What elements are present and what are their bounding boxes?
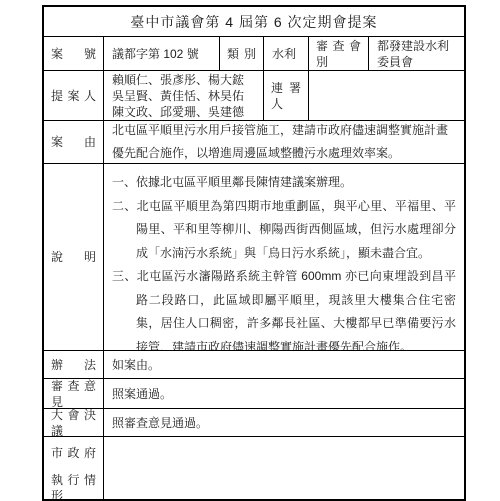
review-opinion-label: 審查意見	[51, 379, 96, 408]
explanation-item: 三、北屯區污水瀋陽路系統主幹管 600mm 亦已向東埋設到昌平路二段路口，此區域…	[112, 265, 456, 350]
review-committee-label: 審查會別	[316, 38, 361, 70]
case-header-row: 案號 議都字第 102 號 類別 水利 審查會別 都發建設水利委員會	[44, 37, 464, 71]
explanation-item: 一、依據北屯區平順里鄰長陳情建議案辦理。	[112, 171, 456, 195]
page-title: 臺中市議會第 4 屆第 6 次定期會提案	[44, 7, 464, 36]
execution-status-label-line2: 執行情形	[51, 472, 96, 499]
explanation-value: 一、依據北屯區平順里鄰長陳情建議案辦理。 二、北屯區平順里為第四期市地重劃區，與…	[104, 164, 464, 350]
subject-row: 案由 北屯區平順里污水用戶接管施工，建請市政府儘速調整實施計畫優先配合施作，以增…	[44, 121, 464, 164]
cosigners-label-cell: 連署人	[264, 71, 309, 120]
cosigners-value	[309, 71, 464, 120]
subject-label-cell: 案由	[44, 121, 104, 163]
proposers-line: 陳文政、邱愛珊、吳建德	[112, 104, 255, 120]
execution-status-label-line1: 市政府	[51, 445, 96, 461]
method-value: 如案由。	[104, 351, 464, 378]
proposal-form: 臺中市議會第 4 屆第 6 次定期會提案 案號 議都字第 102 號 類別 水利…	[42, 5, 466, 500]
review-committee-value: 都發建設水利委員會	[369, 37, 464, 70]
proposers-value: 賴順仁、張彥彤、楊大鋐 吳呈賢、黃佳恬、林昊佑 陳文政、邱愛珊、吳建德	[104, 71, 264, 120]
case-number-label: 案號	[51, 46, 96, 62]
execution-status-row: 市政府 執行情形	[44, 437, 464, 499]
cosigners-label: 連署人	[271, 80, 301, 112]
review-committee-label-cell: 審查會別	[309, 37, 369, 70]
category-label-cell: 類別	[220, 37, 264, 70]
category-label: 類別	[227, 46, 256, 62]
assembly-resolution-row: 大會決議 照審查意見通過。	[44, 409, 464, 437]
assembly-resolution-value: 照審查意見通過。	[104, 409, 464, 436]
review-opinion-row: 審查意見 照案通過。	[44, 379, 464, 409]
explanation-label-cell: 說明	[44, 164, 104, 350]
explanation-row: 說明 一、依據北屯區平順里鄰長陳情建議案辦理。 二、北屯區平順里為第四期市地重劃…	[44, 164, 464, 351]
execution-status-value	[104, 437, 464, 499]
method-label: 辦法	[51, 357, 96, 373]
explanation-label: 說明	[51, 249, 96, 265]
proposers-row: 提案人 賴順仁、張彥彤、楊大鋐 吳呈賢、黃佳恬、林昊佑 陳文政、邱愛珊、吳建德 …	[44, 71, 464, 121]
proposers-label: 提案人	[51, 88, 96, 104]
review-opinion-label-cell: 審查意見	[44, 379, 104, 408]
category-value: 水利	[264, 37, 309, 70]
proposers-label-cell: 提案人	[44, 71, 104, 120]
method-row: 辦法 如案由。	[44, 351, 464, 379]
proposers-line: 吳呈賢、黃佳恬、林昊佑	[112, 88, 255, 104]
method-label-cell: 辦法	[44, 351, 104, 378]
execution-status-label-cell: 市政府 執行情形	[44, 437, 104, 499]
subject-label: 案由	[51, 134, 96, 150]
title-row: 臺中市議會第 4 屆第 6 次定期會提案	[44, 7, 464, 37]
review-opinion-value: 照案通過。	[104, 379, 464, 408]
assembly-resolution-label: 大會決議	[51, 409, 96, 436]
proposers-line: 賴順仁、張彥彤、楊大鋐	[112, 72, 255, 88]
case-number-label-cell: 案號	[44, 37, 104, 70]
explanation-item: 二、北屯區平順里為第四期市地重劃區，與平心里、平福里、平陽里、平和里等柳川、柳陽…	[112, 195, 456, 266]
subject-value: 北屯區平順里污水用戶接管施工，建請市政府儘速調整實施計畫優先配合施作，以增進周邊…	[104, 121, 464, 163]
case-number-value: 議都字第 102 號	[104, 37, 220, 70]
assembly-resolution-label-cell: 大會決議	[44, 409, 104, 436]
